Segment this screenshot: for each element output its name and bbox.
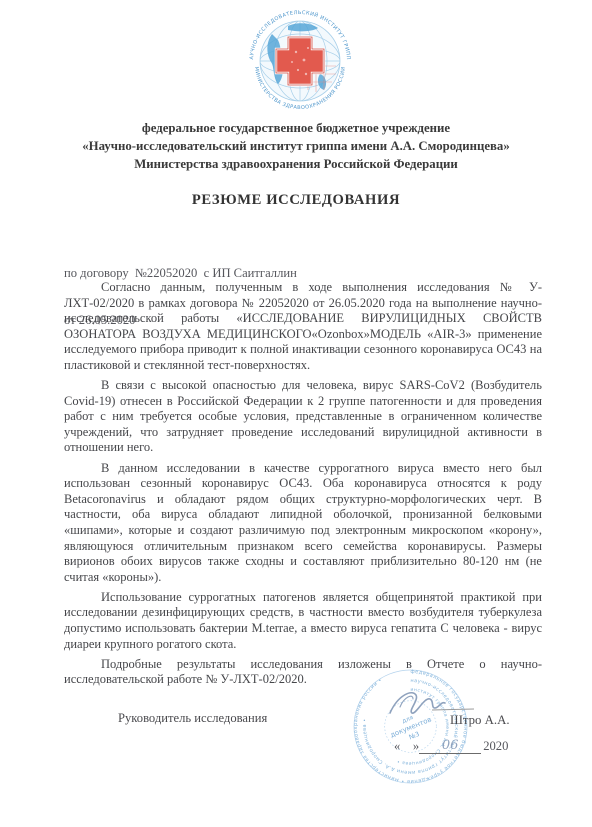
date-month-handwritten: 06: [419, 738, 481, 754]
org-header: федеральное государственное бюджетное уч…: [0, 119, 592, 173]
paragraph-3: В данном исследовании в качестве суррога…: [64, 461, 542, 586]
paragraph-5: Подробные результаты исследования изложе…: [64, 657, 542, 688]
document-page: НАУЧНО-ИССЛЕДОВАТЕЛЬСКИЙ ИНСТИТУТ ГРИППА…: [0, 0, 592, 827]
date-quotes: « »: [394, 739, 419, 754]
document-body: Согласно данным, полученным в ходе выпол…: [64, 280, 542, 692]
signatory-name: Штро А.А.: [450, 713, 510, 728]
institute-emblem-logo: НАУЧНО-ИССЛЕДОВАТЕЛЬСКИЙ ИНСТИТУТ ГРИППА…: [238, 4, 362, 116]
org-line-3: Министерства здравоохранения Российской …: [0, 155, 592, 173]
globe-cross-emblem-icon: НАУЧНО-ИССЛЕДОВАТЕЛЬСКИЙ ИНСТИТУТ ГРИППА…: [238, 4, 362, 116]
paragraph-4: Использование суррогатных патогенов явля…: [64, 590, 542, 652]
paragraph-2: В связи с высокой опасностью для человек…: [64, 378, 542, 456]
date-line: « » 06 2020: [394, 738, 508, 754]
date-year: 2020: [483, 739, 508, 754]
org-line-1: федеральное государственное бюджетное уч…: [0, 119, 592, 137]
signatory-role: Руководитель исследования: [118, 711, 267, 726]
document-title: РЕЗЮМЕ ИССЛЕДОВАНИЯ: [0, 192, 592, 209]
org-line-2: «Научно-исследовательский институт грипп…: [0, 137, 592, 155]
paragraph-1: Согласно данным, полученным в ходе выпол…: [64, 280, 542, 374]
